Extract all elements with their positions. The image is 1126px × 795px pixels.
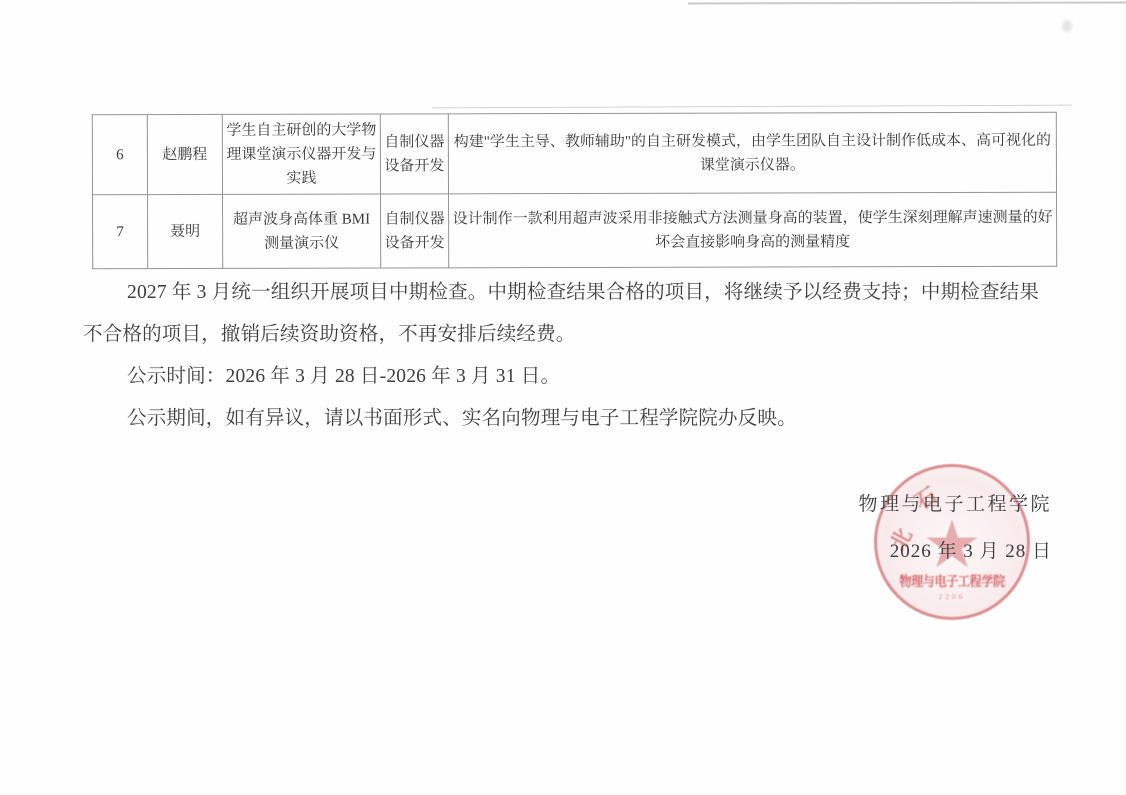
scan-artifact-smudge — [1062, 20, 1072, 32]
cell-project-category: 自制仪器设备开发 — [381, 194, 449, 268]
signature-block: 物理与电子工程学院 2026 年 3 月 28 日 — [858, 490, 1052, 567]
seal-unit-name: 物理与电子工程学院 — [885, 570, 1018, 590]
signature-date: 2026 年 3 月 28 日 — [858, 537, 1052, 567]
notice-body: 2027 年 3 月统一组织开展项目中期检查。中期检查结果合格的项目，将继续予以… — [83, 272, 1056, 440]
signature-organization: 物理与电子工程学院 — [858, 490, 1052, 520]
cell-project-title: 学生自主研创的大学物理课堂演示仪器开发与实践 — [222, 114, 380, 194]
cell-seq-no: 7 — [93, 195, 148, 269]
table-row: 6 赵鹏程 学生自主研创的大学物理课堂演示仪器开发与实践 自制仪器设备开发 构建… — [92, 112, 1056, 195]
cell-project-category: 自制仪器设备开发 — [380, 114, 448, 194]
paragraph-objection-contact: 公示期间，如有异议，请以书面形式、实名向物理与电子工程学院院办反映。 — [83, 398, 1056, 440]
scanned-document-page: 6 赵鹏程 学生自主研创的大学物理课堂演示仪器开发与实践 自制仪器设备开发 构建… — [0, 0, 1126, 795]
table-row: 7 聂明 超声波身高体重 BMI 测量演示仪 自制仪器设备开发 设计制作一款利用… — [93, 192, 1057, 269]
seal-serial-number: 2206 — [872, 592, 1032, 601]
cell-seq-no: 6 — [92, 115, 147, 195]
paragraph-midterm-check: 2027 年 3 月统一组织开展项目中期检查。中期检查结果合格的项目，将继续予以… — [83, 272, 1056, 356]
projects-table: 6 赵鹏程 学生自主研创的大学物理课堂演示仪器开发与实践 自制仪器设备开发 构建… — [92, 112, 1057, 270]
cell-leader-name: 聂明 — [148, 194, 223, 268]
cell-project-description: 设计制作一款利用超声波采用非接触式方法测量身高的装置，使学生深刻理解声速测量的好… — [449, 192, 1057, 268]
scan-artifact-ghost-line — [432, 105, 1072, 109]
cell-leader-name: 赵鹏程 — [147, 114, 222, 194]
paragraph-publicity-period: 公示时间：2026 年 3 月 28 日-2026 年 3 月 31 日。 — [83, 356, 1056, 398]
cell-project-description: 构建"学生主导、教师辅助"的自主研发模式，由学生团队自主设计制作低成本、高可视化… — [448, 112, 1056, 194]
cell-project-title: 超声波身高体重 BMI 测量演示仪 — [223, 194, 381, 268]
scan-artifact-top-edge — [688, 2, 1126, 5]
